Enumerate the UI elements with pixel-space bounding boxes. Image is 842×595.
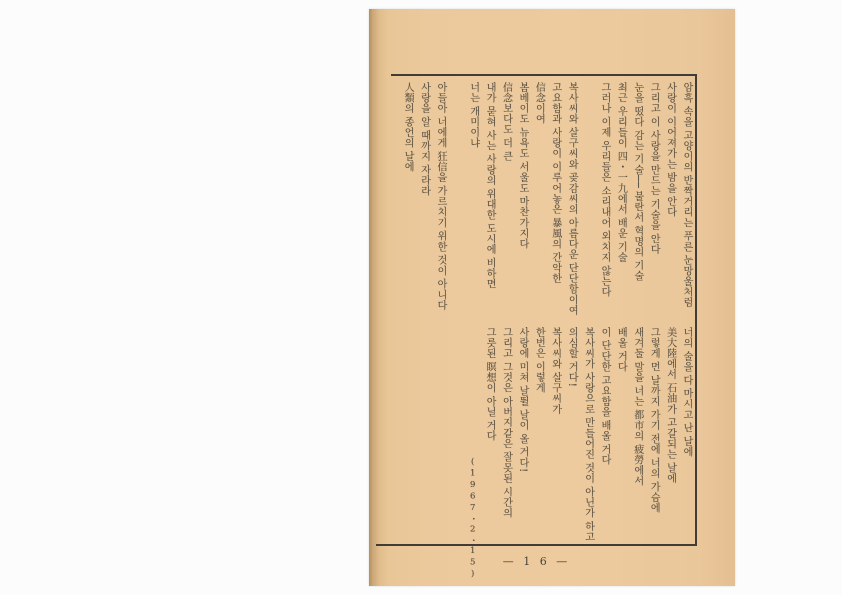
poem-line: 그렇게 먼 날까지 가기 전에 너의 가슴에 <box>645 327 661 539</box>
poem-line: 암흑 속을 고양이의 반짝거리는 푸른 눈망울처럼 <box>678 82 694 324</box>
book-page: 암흑 속을 고양이의 반짝거리는 푸른 눈망울처럼 사랑이 이어져가는 밤을 안… <box>369 9 735 586</box>
poem-line: 人類의 종언의 날에 <box>399 82 415 324</box>
poem-line: 아들아 너에게 狂信을 가르치기 위한 것이 아니다 <box>432 82 448 324</box>
scan-background: 암흑 속을 고양이의 반짝거리는 푸른 눈망울처럼 사랑이 이어져가는 밤을 안… <box>0 0 842 595</box>
poem-stanza-3-continued: 너의 술을 다 마시고 난 날에 美大陸에서 石油가 고갈되는 날에 그렇게 먼… <box>464 327 694 539</box>
poem-line: 사랑에 미쳐 날뛸 날이 올 거다! <box>514 327 530 539</box>
poem-line: 그러나 이제 우리들은 소리내어 외치지 않는다 <box>596 82 612 324</box>
poem-line: 사랑이 이어져가는 밤을 안다 <box>661 82 677 324</box>
poem-line: 信念이여 <box>530 82 546 324</box>
poem-line: 너는 개미이냐 <box>464 82 480 324</box>
poem-line: 내가 묻혀 사는 사랑의 위대한 도시에 비하면 <box>481 82 497 324</box>
poem-line: 눈을 떴다 감는 기술── 불란서 혁명의 기술 <box>628 82 644 324</box>
poem-line: 최근 우리들이 四・一九에서 배운 기술 <box>612 82 628 324</box>
poem-line: 그리고 이 사랑을 만드는 기술을 안다 <box>645 82 661 324</box>
poem-stanza-3: 아들아 너에게 狂信을 가르치기 위한 것이 아니다 사랑을 알 때까지 자라라… <box>399 82 448 324</box>
poem-lower-block: 너의 술을 다 마시고 난 날에 美大陸에서 石油가 고갈되는 날에 그렇게 먼… <box>464 327 694 539</box>
poem-line: 그리고 그것은 아버지같은 잘못된 시간의 <box>497 327 513 539</box>
poem-line: 信念보다도 더 큰 <box>497 82 513 324</box>
poem-date-line: (1967・2・15) <box>464 327 480 539</box>
poem-line: 사랑을 알 때까지 자라라 <box>415 82 431 324</box>
poem-line: 고요함과 사랑이 이루어놓은 暴風의 간악한 <box>546 82 562 324</box>
poem-line: 그릇된 瞑想이 아닐 거다 <box>481 327 497 539</box>
poem-line: 복사씨와 살구씨와 곶감씨의 아름다운 단단함이여 <box>563 82 579 324</box>
poem-stanza-2: 복사씨와 살구씨와 곶감씨의 아름다운 단단함이여 고요함과 사랑이 이루어놓은… <box>464 82 579 324</box>
text-frame-top-border <box>391 74 697 76</box>
poem-stanza-1: 암흑 속을 고양이의 반짝거리는 푸른 눈망울처럼 사랑이 이어져가는 밤을 안… <box>596 82 694 324</box>
text-frame-right-border <box>695 74 697 546</box>
poem-line: 복사씨와 살구씨가 <box>546 327 562 539</box>
poem-line: 이 단단한 고요함을 배울 거다 <box>596 327 612 539</box>
poem-line: 너의 술을 다 마시고 난 날에 <box>678 327 694 539</box>
poem-line: 한번은 이렇게 <box>530 327 546 539</box>
poem-line: 새겨둘 말을 너는 都市의 疲勞에서 <box>628 327 644 539</box>
text-frame-bottom-border <box>376 544 697 546</box>
poem-line: 봄베이도 뉴욕도 서울도 마찬가지다 <box>514 82 530 324</box>
poem-line: 美大陸에서 石油가 고갈되는 날에 <box>661 327 677 539</box>
page-number: — 1 6 — <box>376 555 697 568</box>
poem-line: 배울 거다 <box>612 327 628 539</box>
poem-upper-block: 암흑 속을 고양이의 반짝거리는 푸른 눈망울처럼 사랑이 이어져가는 밤을 안… <box>399 82 694 324</box>
poem-line: 복사씨가 사랑으로 만들어진 것이 아닌가 하고 <box>579 327 595 539</box>
poem-line: 의심할 거다! <box>563 327 579 539</box>
